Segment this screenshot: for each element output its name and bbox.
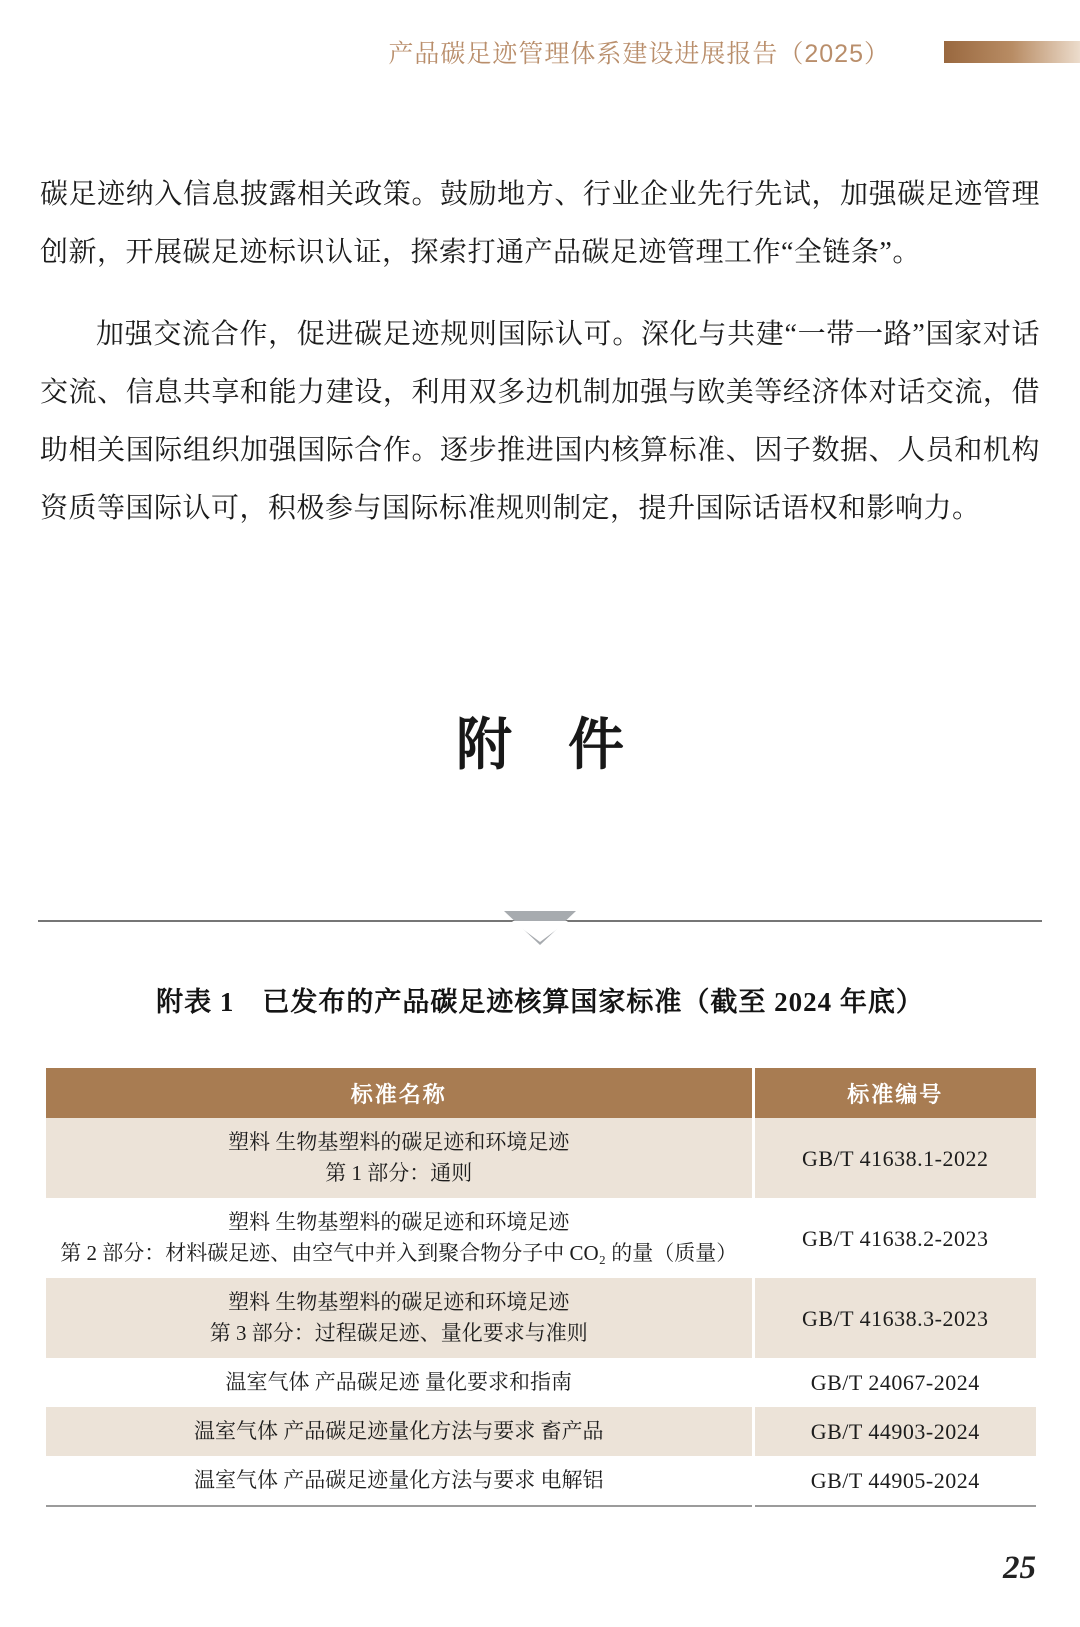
table-row: 塑料 生物基塑料的碳足迹和环境足迹 第 3 部分：过程碳足迹、量化要求与准则 G… bbox=[46, 1278, 1036, 1358]
table-row: 塑料 生物基塑料的碳足迹和环境足迹 第 2 部分：材料碳足迹、由空气中并入到聚合… bbox=[46, 1198, 1036, 1278]
column-header-standard-name: 标准名称 bbox=[46, 1068, 753, 1118]
standard-name-cell: 塑料 生物基塑料的碳足迹和环境足迹 第 1 部分：通则 bbox=[46, 1118, 753, 1198]
header-gradient-bar bbox=[944, 41, 1080, 63]
table-row: 温室气体 产品碳足迹 量化要求和指南 GB/T 24067-2024 bbox=[46, 1358, 1036, 1407]
page-header: 产品碳足迹管理体系建设进展报告（2025） bbox=[0, 34, 1080, 70]
page-number: 25 bbox=[1003, 1550, 1036, 1587]
column-header-standard-code: 标准编号 bbox=[753, 1068, 1036, 1118]
standard-name-cell: 温室气体 产品碳足迹量化方法与要求 畜产品 bbox=[46, 1407, 753, 1456]
table-row: 温室气体 产品碳足迹量化方法与要求 畜产品 GB/T 44903-2024 bbox=[46, 1407, 1036, 1456]
standard-code-cell: GB/T 41638.2-2023 bbox=[753, 1198, 1036, 1278]
report-page: 产品碳足迹管理体系建设进展报告（2025） 碳足迹纳入信息披露相关政策。鼓励地方… bbox=[0, 0, 1080, 1627]
standard-code-cell: GB/T 24067-2024 bbox=[753, 1358, 1036, 1407]
standard-name-cell: 温室气体 产品碳足迹量化方法与要求 电解铝 bbox=[46, 1456, 753, 1506]
table-header-row: 标准名称 标准编号 bbox=[46, 1068, 1036, 1118]
paragraph-disclosure-policy: 碳足迹纳入信息披露相关政策。鼓励地方、行业企业先行先试，加强碳足迹管理创新，开展… bbox=[40, 166, 1040, 282]
standard-name-cell: 塑料 生物基塑料的碳足迹和环境足迹 第 3 部分：过程碳足迹、量化要求与准则 bbox=[46, 1278, 753, 1358]
attachment-heading: 附 件 bbox=[0, 702, 1080, 792]
table-row: 塑料 生物基塑料的碳足迹和环境足迹 第 1 部分：通则 GB/T 41638.1… bbox=[46, 1118, 1036, 1198]
standard-code-cell: GB/T 41638.1-2022 bbox=[753, 1118, 1036, 1198]
standard-name-cell: 温室气体 产品碳足迹 量化要求和指南 bbox=[46, 1358, 753, 1407]
paragraph-international-cooperation: 加强交流合作，促进碳足迹规则国际认可。深化与共建“一带一路”国家对话交流、信息共… bbox=[40, 306, 1040, 538]
section-divider bbox=[38, 908, 1042, 948]
table-row: 温室气体 产品碳足迹量化方法与要求 电解铝 GB/T 44905-2024 bbox=[46, 1456, 1036, 1506]
table-title: 附表 1 已发布的产品碳足迹核算国家标准（截至 2024 年底） bbox=[0, 980, 1080, 1019]
standards-table: 标准名称 标准编号 塑料 生物基塑料的碳足迹和环境足迹 第 1 部分：通则 GB… bbox=[46, 1068, 1036, 1507]
standard-code-cell: GB/T 44905-2024 bbox=[753, 1456, 1036, 1506]
down-triangle-icon bbox=[503, 911, 577, 947]
standard-name-cell: 塑料 生物基塑料的碳足迹和环境足迹 第 2 部分：材料碳足迹、由空气中并入到聚合… bbox=[46, 1198, 753, 1278]
standard-code-cell: GB/T 44903-2024 bbox=[753, 1407, 1036, 1456]
standard-code-cell: GB/T 41638.3-2023 bbox=[753, 1278, 1036, 1358]
body-text: 碳足迹纳入信息披露相关政策。鼓励地方、行业企业先行先试，加强碳足迹管理创新，开展… bbox=[40, 166, 1040, 538]
report-title: 产品碳足迹管理体系建设进展报告（2025） bbox=[388, 34, 890, 70]
